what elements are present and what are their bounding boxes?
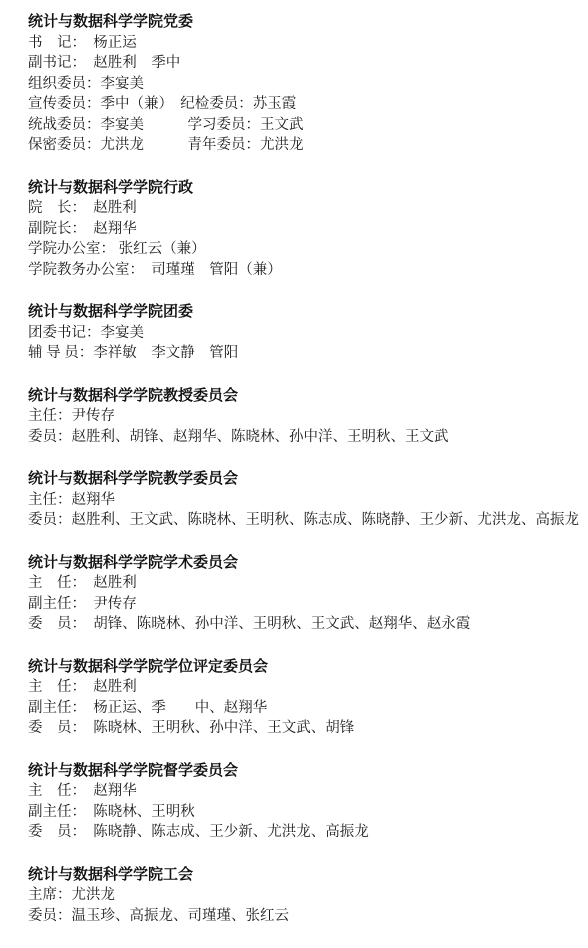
org-section: 统计与数据科学学院督学委员会 主 任： 赵翔华 副主任： 陈晓林、王明秋 委 员… (28, 761, 580, 843)
personnel-line: 委 员： 陈晓林、王明秋、孙中洋、王文武、胡锋 (28, 718, 580, 739)
personnel-line: 书 记： 杨正运 (28, 33, 580, 54)
org-section: 统计与数据科学学院党委 书 记： 杨正运 副书记： 赵胜利 季中 组织委员：李宴… (28, 12, 580, 156)
personnel-line: 团委书记：李宴美 (28, 323, 580, 344)
personnel-line: 委 员： 陈晓静、陈志成、王少新、尤洪龙、高振龙 (28, 822, 580, 843)
section-heading: 统计与数据科学学院学术委员会 (28, 553, 580, 574)
personnel-line: 副书记： 赵胜利 季中 (28, 53, 580, 74)
personnel-line: 副院长： 赵翔华 (28, 219, 580, 240)
personnel-line: 保密委员：尤洪龙 青年委员：尤洪龙 (28, 135, 580, 156)
section-heading: 统计与数据科学学院学位评定委员会 (28, 657, 580, 678)
personnel-line: 宣传委员：季中（兼） 纪检委员：苏玉霞 (28, 94, 580, 115)
org-section: 统计与数据科学学院团委 团委书记：李宴美 辅 导 员：李祥敏 李文静 管阳 (28, 302, 580, 364)
section-heading: 统计与数据科学学院党委 (28, 12, 580, 33)
org-section: 统计与数据科学学院教授委员会 主任：尹传存 委员：赵胜利、胡锋、赵翔华、陈晓林、… (28, 386, 580, 448)
personnel-line: 委员：赵胜利、王文武、陈晓林、王明秋、陈志成、陈晓静、王少新、尤洪龙、高振龙 (28, 510, 580, 531)
personnel-line: 副主任： 陈晓林、王明秋 (28, 802, 580, 823)
section-heading: 统计与数据科学学院督学委员会 (28, 761, 580, 782)
personnel-line: 学院办公室： 张红云（兼） (28, 239, 580, 260)
section-heading: 统计与数据科学学院工会 (28, 865, 580, 886)
personnel-line: 主 任： 赵胜利 (28, 573, 580, 594)
section-heading: 统计与数据科学学院教学委员会 (28, 469, 580, 490)
personnel-line: 副主任： 杨正运、季 中、赵翔华 (28, 698, 580, 719)
org-section: 统计与数据科学学院教学委员会 主任：赵翔华 委员：赵胜利、王文武、陈晓林、王明秋… (28, 469, 580, 531)
personnel-line: 院 长： 赵胜利 (28, 198, 580, 219)
personnel-line: 副主任： 尹传存 (28, 594, 580, 615)
org-section: 统计与数据科学学院学术委员会 主 任： 赵胜利 副主任： 尹传存 委 员： 胡锋… (28, 553, 580, 635)
personnel-line: 委 员： 胡锋、陈晓林、孙中洋、王明秋、王文武、赵翔华、赵永霞 (28, 614, 580, 635)
org-section: 统计与数据科学学院工会 主席：尤洪龙 委员：温玉珍、高振龙、司瑾瑾、张红云 (28, 865, 580, 927)
org-section: 统计与数据科学学院行政 院 长： 赵胜利 副院长： 赵翔华 学院办公室： 张红云… (28, 178, 580, 281)
personnel-line: 委员：赵胜利、胡锋、赵翔华、陈晓林、孙中洋、王明秋、王文武 (28, 427, 580, 448)
personnel-line: 辅 导 员：李祥敏 李文静 管阳 (28, 343, 580, 364)
sections-container: 统计与数据科学学院党委 书 记： 杨正运 副书记： 赵胜利 季中 组织委员：李宴… (28, 12, 580, 926)
personnel-line: 学院教务办公室： 司瑾瑾 管阳（兼） (28, 260, 580, 281)
personnel-line: 主席：尤洪龙 (28, 885, 580, 906)
personnel-line: 统战委员：李宴美 学习委员：王文武 (28, 115, 580, 136)
personnel-line: 主 任： 赵胜利 (28, 677, 580, 698)
section-heading: 统计与数据科学学院教授委员会 (28, 386, 580, 407)
personnel-line: 组织委员：李宴美 (28, 74, 580, 95)
section-heading: 统计与数据科学学院行政 (28, 178, 580, 199)
personnel-line: 主任：尹传存 (28, 406, 580, 427)
section-heading: 统计与数据科学学院团委 (28, 302, 580, 323)
personnel-line: 主任：赵翔华 (28, 490, 580, 511)
personnel-line: 委员：温玉珍、高振龙、司瑾瑾、张红云 (28, 906, 580, 927)
personnel-line: 主 任： 赵翔华 (28, 781, 580, 802)
org-roster-document: 统计与数据科学学院党委 书 记： 杨正运 副书记： 赵胜利 季中 组织委员：李宴… (0, 0, 588, 948)
org-section: 统计与数据科学学院学位评定委员会 主 任： 赵胜利 副主任： 杨正运、季 中、赵… (28, 657, 580, 739)
